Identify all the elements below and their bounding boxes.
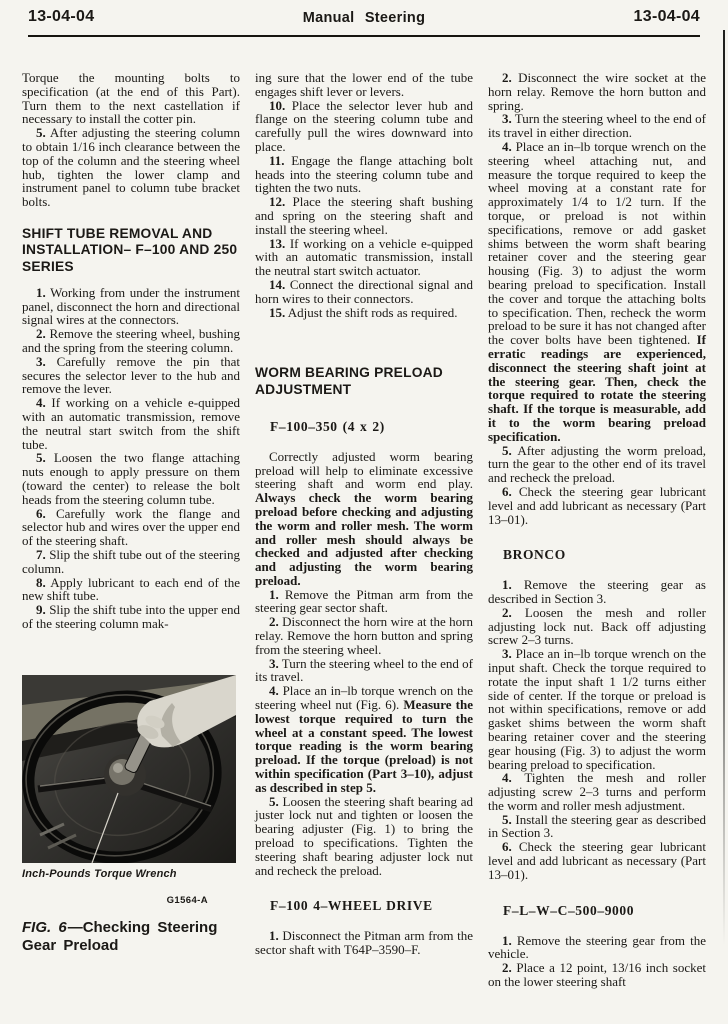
step-text: Adjust the shift rods as required. xyxy=(288,305,458,320)
step-text: Remove the Pitman arm from the steering … xyxy=(255,587,473,616)
procedure-step: 7. Slip the shift tube out of the steeri… xyxy=(22,548,240,576)
step-text: Apply lubricant to each end of the new s… xyxy=(22,575,240,604)
step-text: Place an in–lb torque wrench on the stee… xyxy=(488,139,706,347)
page-number-right: 13-04-04 xyxy=(634,8,700,26)
procedure-step: 5. Loosen the two flange attaching nuts … xyxy=(22,451,240,506)
step-number: 10. xyxy=(269,98,285,113)
step-number: 5. xyxy=(36,450,46,465)
step-number: 6. xyxy=(36,506,46,521)
steering-wheel-photo xyxy=(22,675,236,863)
step-number: 4. xyxy=(36,395,46,410)
procedure-step: 1. Disconnect the Pitman arm from the se… xyxy=(255,929,473,957)
step-text: Loosen the two flange attaching nuts eno… xyxy=(22,450,240,506)
step-number: 3. xyxy=(502,111,512,126)
section-heading-shift-tube: SHIFT TUBE REMOVAL AND INSTALLATION– F–1… xyxy=(22,226,240,275)
procedure-step: 1. Remove the steering gear as described… xyxy=(488,578,706,606)
step-text: Remove the steering wheel, bushing and t… xyxy=(22,326,240,355)
step-text: Place an in–lb torque wrench on the inpu… xyxy=(488,646,706,771)
procedure-step: 4. Tighten the mesh and roller adjusting… xyxy=(488,771,706,812)
step-number: 4. xyxy=(269,683,279,698)
steps-shift-tube: 1. Working from under the instrument pan… xyxy=(22,286,240,631)
procedure-step: 2. Disconnect the horn wire at the horn … xyxy=(255,615,473,656)
step-text: Carefully work the flange and selector h… xyxy=(22,506,240,549)
procedure-step: 4. Place an in–lb torque wrench on the s… xyxy=(488,140,706,444)
procedure-step: 4. If working on a vehicle e-quipped wit… xyxy=(22,396,240,451)
page-header: 13-04-04 Manual Steering 13-04-04 xyxy=(28,8,700,32)
step-text: Check the steering gear lubricant level … xyxy=(488,839,706,882)
torque-wrench-photo-illustration xyxy=(22,675,236,863)
step-text: Turn the steering wheel to the end of it… xyxy=(255,656,473,685)
step-text: Connect the directional signal and horn … xyxy=(255,277,473,306)
intro-bold-text: Always check the worm bearing preload be… xyxy=(255,490,473,588)
step-text: Place a 12 point, 13/16 inch socket on t… xyxy=(488,960,706,989)
step-text: Install the steering gear as described i… xyxy=(488,812,706,841)
step-number: 7. xyxy=(36,547,46,562)
procedure-step: 2. Disconnect the wire socket at the hor… xyxy=(488,71,706,112)
procedure-step: 10. Place the selector lever hub and fla… xyxy=(255,99,473,154)
procedure-step: 15. Adjust the shift rods as required. xyxy=(255,306,473,320)
step-text: Place the steering shaft bushing and spr… xyxy=(255,194,473,237)
step-text: Engage the flange attaching bolt heads i… xyxy=(255,153,473,196)
step-text: Slip the shift tube out of the steering … xyxy=(22,547,240,576)
page-number-left: 13-04-04 xyxy=(28,8,94,26)
manual-page: 13-04-04 Manual Steering 13-04-04 Torque… xyxy=(0,0,728,1024)
procedure-step: 11. Engage the flange attaching bolt hea… xyxy=(255,154,473,195)
procedure-step: 1. Remove the Pitman arm from the steeri… xyxy=(255,588,473,616)
header-rule xyxy=(28,35,700,37)
step-text: Remove the steering gear from the vehicl… xyxy=(488,933,706,962)
step-text: Slip the shift tube into the upper end o… xyxy=(22,602,240,631)
procedure-step: 1. Remove the steering gear from the veh… xyxy=(488,934,706,962)
step-number: 4. xyxy=(502,139,512,154)
step-text: If working on a vehicle e-quipped with a… xyxy=(255,236,473,279)
section-heading-worm-bearing: WORM BEARING PRELOAD ADJUSTMENT xyxy=(255,365,473,398)
intro-text: Correctly adjusted worm bearing preload … xyxy=(255,449,473,492)
step-number: 1. xyxy=(502,933,512,948)
procedure-step: 3. Carefully remove the pin that secures… xyxy=(22,355,240,396)
step-text: Carefully remove the pin that secures th… xyxy=(22,354,240,397)
procedure-step: 8. Apply lubricant to each end of the ne… xyxy=(22,576,240,604)
step-number: 12. xyxy=(269,194,285,209)
page-title: Manual Steering xyxy=(303,10,426,26)
step-number: 4. xyxy=(502,770,512,785)
step-number: 5. xyxy=(269,794,279,809)
step-number: 5. xyxy=(502,443,512,458)
step-number: 5. xyxy=(36,125,46,140)
column-1: Torque the mounting bolts to specificati… xyxy=(22,71,240,989)
procedure-step: 2. Place a 12 point, 13/16 inch socket o… xyxy=(488,961,706,989)
step-text: Working from under the instrument panel,… xyxy=(22,285,240,328)
procedure-step: 3. Turn the steering wheel to the end of… xyxy=(255,657,473,685)
subheading-f100-4wd: F–100 4–WHEEL DRIVE xyxy=(255,899,473,914)
procedure-step: 3. Turn the steering wheel to the end of… xyxy=(488,112,706,140)
procedure-step: 2. Loosen the mesh and roller adjusting … xyxy=(488,606,706,647)
steps-4wd: 1. Disconnect the Pitman arm from the se… xyxy=(255,929,473,957)
step-text: Turn the steering wheel to the end of it… xyxy=(488,111,706,140)
step-number: 2. xyxy=(502,605,512,620)
step-text: Loosen the mesh and roller adjusting loc… xyxy=(488,605,706,648)
step-text: Disconnect the wire socket at the horn r… xyxy=(488,70,706,113)
step-text: Place the selector lever hub and flange … xyxy=(255,98,473,154)
figure-6: Inch-Pounds Torque Wrench G1564-A FIG. 6… xyxy=(22,675,240,955)
procedure-step: 13. If working on a vehicle e-quipped wi… xyxy=(255,237,473,278)
step-text: Loosen the steering shaft bearing ad jus… xyxy=(255,794,473,878)
step-number: 15. xyxy=(269,305,285,320)
procedure-step: 1. Working from under the instrument pan… xyxy=(22,286,240,327)
continuation-paragraph: ing sure that the lower end of the tube … xyxy=(255,71,473,99)
procedure-step: 6. Check the steering gear lubricant lev… xyxy=(488,485,706,526)
step-number: 2. xyxy=(269,614,279,629)
step-number: 2. xyxy=(502,960,512,975)
step-number: 2. xyxy=(36,326,46,341)
figure-code: G1564-A xyxy=(22,895,240,906)
step-number: 13. xyxy=(269,236,285,251)
step-bold-text: Measure the lowest torque required to tu… xyxy=(255,697,473,795)
procedure-step: 6. Check the steering gear lubricant lev… xyxy=(488,840,706,881)
steps-shift-tube-install: 10. Place the selector lever hub and fla… xyxy=(255,99,473,320)
steps-bronco: 1. Remove the steering gear as described… xyxy=(488,578,706,882)
step-text: After adjusting the steering column to o… xyxy=(22,125,240,209)
step-text: After adjusting the worm preload, turn t… xyxy=(488,443,706,486)
figure-label: FIG. 6 xyxy=(22,919,67,936)
procedure-step: 5. After adjusting the steering column t… xyxy=(22,126,240,209)
column-3: 2. Disconnect the wire socket at the hor… xyxy=(488,71,706,989)
step-number: 1. xyxy=(269,587,279,602)
step-text: Check the steering gear lubricant level … xyxy=(488,484,706,527)
photo-annotation: Inch-Pounds Torque Wrench xyxy=(22,868,240,880)
steps-worm-preload: 1. Remove the Pitman arm from the steeri… xyxy=(255,588,473,878)
procedure-step: 5. Install the steering gear as describe… xyxy=(488,813,706,841)
step-text: Disconnect the Pitman arm from the secto… xyxy=(255,928,473,957)
step-number: 6. xyxy=(502,839,512,854)
step-text: Tighten the mesh and roller adjusting sc… xyxy=(488,770,706,813)
intro-paragraph: Correctly adjusted worm bearing preload … xyxy=(255,450,473,588)
step-number: 14. xyxy=(269,277,285,292)
procedure-step: 5. After adjusting the worm preload, tur… xyxy=(488,444,706,485)
step-text: Disconnect the horn wire at the horn rel… xyxy=(255,614,473,657)
step-number: 1. xyxy=(269,928,279,943)
scan-edge-artifact xyxy=(723,30,725,945)
procedure-step: 5. Loosen the steering shaft bearing ad … xyxy=(255,795,473,878)
step-number: 1. xyxy=(502,577,512,592)
procedure-step: 4. Place an in–lb torque wrench on the s… xyxy=(255,684,473,794)
column-2: ing sure that the lower end of the tube … xyxy=(255,71,473,989)
subheading-f100-350: F–100–350 (4 x 2) xyxy=(255,420,473,435)
figure-caption: FIG. 6—Checking Steering Gear Preload xyxy=(22,919,240,955)
procedure-step: 14. Connect the directional signal and h… xyxy=(255,278,473,306)
step-number: 8. xyxy=(36,575,46,590)
step-number: 5. xyxy=(502,812,512,827)
step-number: 11. xyxy=(269,153,285,168)
step-number: 3. xyxy=(502,646,512,661)
procedure-step: 3. Place an in–lb torque wrench on the i… xyxy=(488,647,706,771)
steps-flwc: 1. Remove the steering gear from the veh… xyxy=(488,934,706,989)
subheading-bronco: BRONCO xyxy=(488,548,706,563)
procedure-step: 12. Place the steering shaft bushing and… xyxy=(255,195,473,236)
step-number: 9. xyxy=(36,602,46,617)
step-number: 1. xyxy=(36,285,46,300)
step-bold-text: If erratic readings are experienced, dis… xyxy=(488,332,706,444)
text-columns: Torque the mounting bolts to specificati… xyxy=(16,71,712,989)
procedure-step: 9. Slip the shift tube into the upper en… xyxy=(22,603,240,631)
subheading-flwc: F–L–W–C–500–9000 xyxy=(488,904,706,919)
step-number: 3. xyxy=(269,656,279,671)
step-number: 3. xyxy=(36,354,46,369)
continuation-paragraph: Torque the mounting bolts to specificati… xyxy=(22,71,240,126)
steps-f100-continued: 2. Disconnect the wire socket at the hor… xyxy=(488,71,706,526)
procedure-step: 6. Carefully work the flange and selecto… xyxy=(22,507,240,548)
step-number: 2. xyxy=(502,70,512,85)
step-number: 6. xyxy=(502,484,512,499)
step-text: If working on a vehicle e-quipped with a… xyxy=(22,395,240,451)
procedure-step: 2. Remove the steering wheel, bushing an… xyxy=(22,327,240,355)
step-text: Remove the steering gear as described in… xyxy=(488,577,706,606)
